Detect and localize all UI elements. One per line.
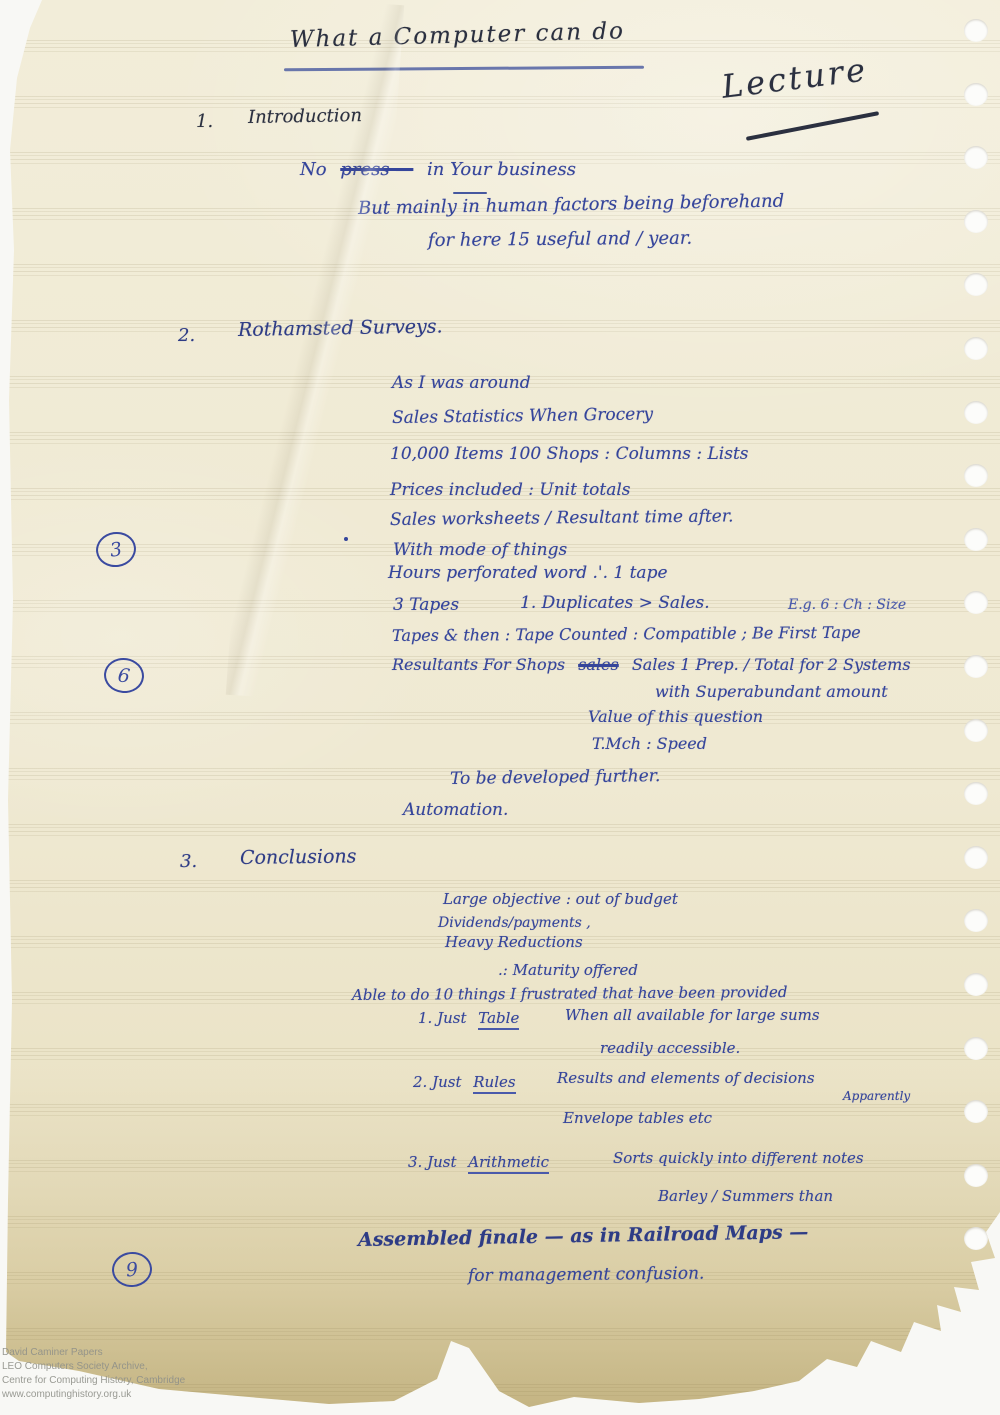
lecture-annotation: Lecture: [720, 52, 870, 105]
lecture-underline: [746, 111, 879, 141]
line-part: No: [300, 159, 327, 180]
line-part: 3. Just: [408, 1153, 456, 1171]
handwritten-line: readily accessible.: [600, 1040, 740, 1057]
section-3-heading: Conclusions: [240, 846, 357, 869]
handwritten-line: Large objective : out of budget: [443, 891, 678, 908]
underlined-word: Table: [478, 1009, 519, 1030]
handwritten-line: Able to do 10 things I frustrated that h…: [352, 984, 788, 1004]
handwritten-line: 3. Just Arithmetic: [408, 1154, 549, 1171]
punch-hole: [964, 1164, 988, 1187]
section-3-number: 3.: [180, 852, 197, 872]
handwritten-note: Apparently: [843, 1090, 910, 1103]
punch-hole: [964, 401, 988, 424]
handwritten-line: When all available for large sums: [565, 1007, 820, 1024]
punch-hole: [964, 591, 988, 614]
archive-watermark: David Caminer Papers LEO Computers Socie…: [2, 1346, 185, 1402]
emphasis-underline: [453, 192, 487, 194]
handwritten-line: As I was around: [392, 374, 531, 393]
handwritten-line: Envelope tables etc: [563, 1110, 712, 1127]
handwritten-line: 3 Tapes: [393, 596, 459, 615]
line-part: in Your business: [427, 159, 576, 180]
punch-hole: [964, 210, 988, 233]
ink-dot: [344, 537, 348, 541]
line-part: Sales 1 Prep. / Total for 2 Systems: [632, 655, 911, 674]
handwritten-line: Results and elements of decisions: [557, 1070, 815, 1087]
handwritten-line: with Superabundant amount: [655, 683, 888, 701]
handwritten-line: To be developed further.: [450, 767, 661, 789]
handwritten-line: But mainly in human factors being before…: [358, 192, 784, 219]
handwritten-line: .: Maturity offered: [498, 962, 638, 979]
handwritten-line: for here 15 useful and / year.: [428, 229, 692, 251]
underlined-word: Arithmetic: [468, 1153, 549, 1174]
handwritten-line: Tapes & then : Tape Counted : Compatible…: [392, 624, 861, 645]
punch-hole: [964, 846, 988, 869]
handwritten-line: Value of this question: [588, 708, 763, 726]
handwritten-line: Sorts quickly into different notes: [613, 1150, 864, 1167]
handwritten-note: E.g. 6 : Ch : Size: [788, 598, 906, 613]
page-title: What a Computer can do: [290, 19, 626, 53]
line-part: 1. Just: [418, 1009, 466, 1027]
handwritten-line: Hours perforated word .'. 1 tape: [388, 564, 668, 583]
margin-circled-number: 9: [111, 1250, 154, 1288]
punch-hole: [964, 528, 988, 551]
margin-circled-number: 3: [94, 529, 138, 569]
line-part: Resultants For Shops: [392, 655, 565, 674]
punch-hole: [964, 337, 988, 360]
section-1-heading: Introduction: [248, 106, 362, 128]
watermark-line: David Caminer Papers: [2, 1346, 185, 1360]
punch-hole: [964, 973, 988, 996]
section-1-number: 1.: [196, 112, 213, 132]
punch-hole: [964, 909, 988, 932]
handwritten-line: for management confusion.: [468, 1265, 705, 1286]
scanned-document: What a Computer can do Lecture 1. Introd…: [0, 0, 1000, 1415]
section-2-heading: Rothamsted Surveys.: [238, 316, 443, 340]
handwritten-line: No press — in Your business: [300, 160, 576, 180]
handwritten-line: Dividends/payments ,: [438, 916, 591, 931]
punch-hole: [964, 1291, 988, 1314]
handwritten-line: 10,000 Items 100 Shops : Columns : Lists: [390, 445, 749, 464]
handwritten-line: Assembled finale — as in Railroad Maps —: [358, 1222, 809, 1251]
punch-hole: [964, 782, 988, 805]
punch-hole: [964, 19, 988, 42]
underlined-word: Rules: [473, 1073, 515, 1094]
punch-hole: [964, 273, 988, 296]
handwritten-line: Automation.: [403, 801, 508, 820]
handwritten-line: Resultants For Shops sales Sales 1 Prep.…: [392, 656, 911, 674]
section-2-number: 2.: [178, 326, 195, 346]
handwritten-line: Barley / Summers than: [658, 1188, 833, 1205]
handwritten-line: 1. Just Table: [418, 1010, 519, 1027]
punch-hole: [964, 146, 988, 169]
punch-hole: [964, 83, 988, 106]
watermark-line: www.computinghistory.org.uk: [2, 1388, 185, 1402]
punch-hole: [964, 1037, 988, 1060]
handwritten-line: Heavy Reductions: [445, 934, 583, 951]
title-underline: [284, 66, 644, 72]
handwritten-line: 2. Just Rules: [413, 1074, 516, 1091]
margin-circled-number: 6: [102, 656, 145, 695]
handwritten-line: Sales worksheets / Resultant time after.: [390, 507, 734, 529]
handwritten-line: With mode of things: [393, 541, 567, 560]
punch-hole: [964, 1227, 988, 1250]
punch-hole: [964, 1100, 988, 1123]
punch-hole: [964, 655, 988, 678]
punch-hole: [964, 464, 988, 487]
line-part: 2. Just: [413, 1073, 461, 1091]
struck-word: press —: [340, 159, 413, 180]
paper-sheet: What a Computer can do Lecture 1. Introd…: [0, 0, 1000, 1415]
handwritten-line: Prices included : Unit totals: [390, 481, 631, 500]
struck-word: sales: [578, 655, 619, 674]
watermark-line: Centre for Computing History, Cambridge: [2, 1374, 185, 1388]
punch-hole: [964, 719, 988, 742]
handwritten-line: T.Mch : Speed: [592, 735, 707, 753]
handwritten-line: 1. Duplicates > Sales.: [520, 594, 710, 613]
handwritten-line: Sales Statistics When Grocery: [392, 405, 653, 427]
watermark-line: LEO Computers Society Archive,: [2, 1360, 185, 1374]
